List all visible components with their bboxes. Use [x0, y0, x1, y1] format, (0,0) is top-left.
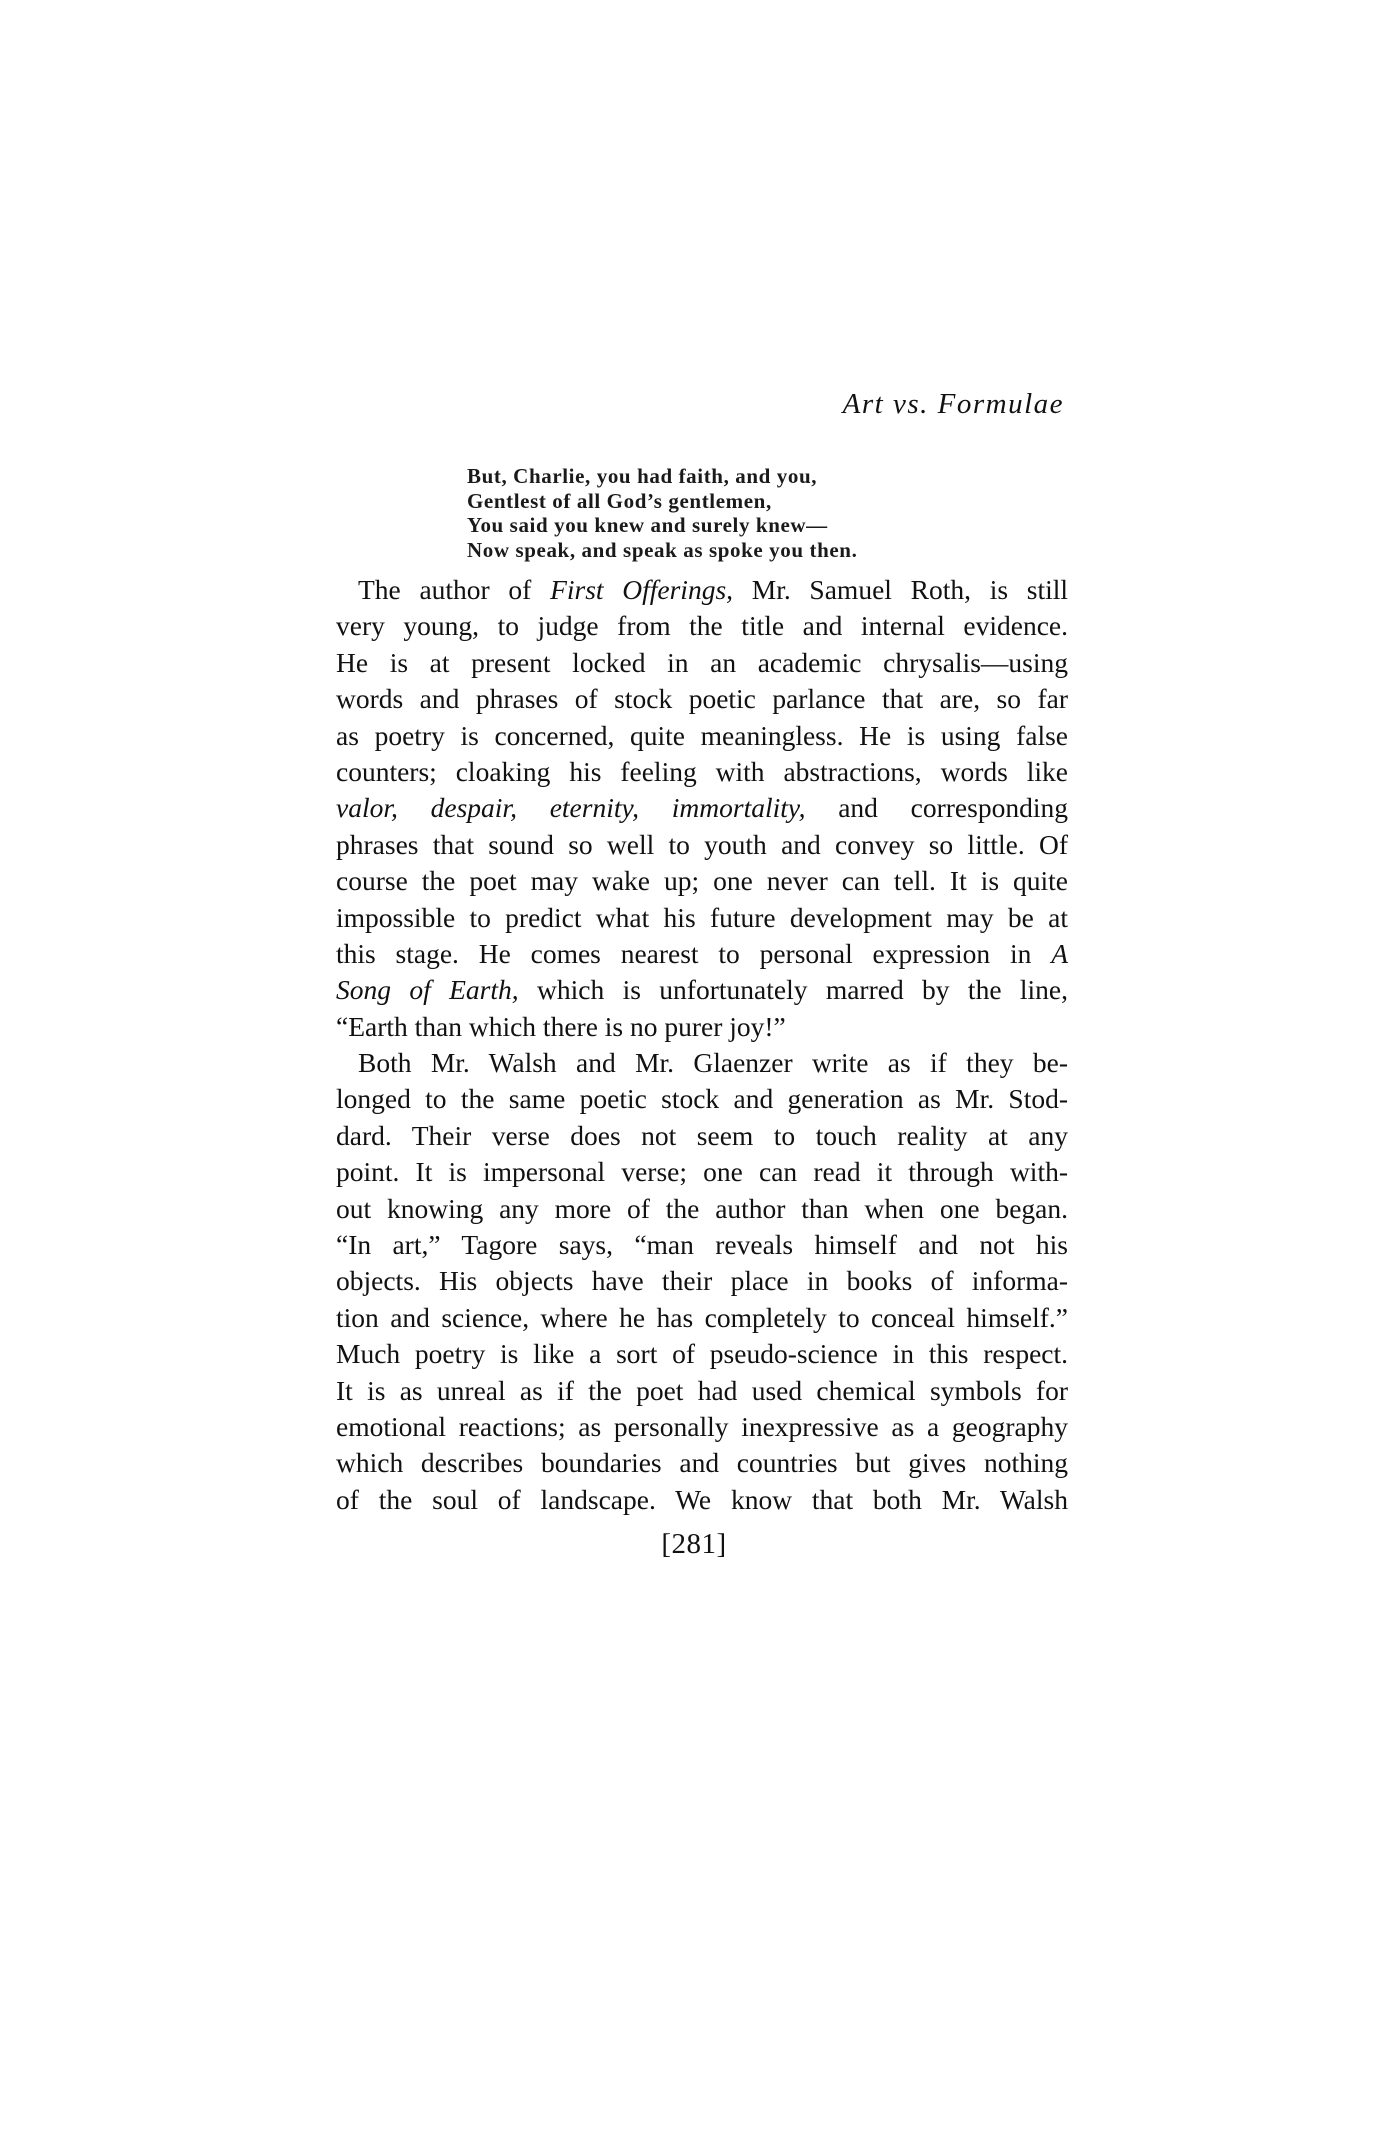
page-number-text: [281]: [661, 1528, 726, 1560]
text-segment: The author of: [358, 574, 550, 605]
text-line: which describes boundaries and countries…: [336, 1445, 1068, 1481]
italic-words: valor, despair, eternity, immortality,: [336, 792, 805, 823]
verse-line: You said you knew and surely knew—: [467, 513, 857, 538]
text-line: course the poet may wake up; one never c…: [336, 863, 1068, 899]
text-line: counters; cloaking his feeling with abst…: [336, 754, 1068, 790]
text-line: this stage. He comes nearest to personal…: [336, 936, 1068, 972]
running-head: Art vs. Formulae: [843, 386, 1064, 422]
text-line: He is at present locked in an academic c…: [336, 645, 1068, 681]
text-line: Much poetry is like a sort of pseudo-sci…: [336, 1336, 1068, 1372]
text-line: phrases that sound so well to youth and …: [336, 827, 1068, 863]
text-line: “Earth than which there is no purer joy!…: [336, 1009, 1068, 1045]
verse-line: But, Charlie, you had faith, and you,: [467, 464, 857, 489]
text-segment: Mr. Samuel Roth, is still: [733, 574, 1068, 605]
verse-line: Gentlest of all God’s gentlemen,: [467, 489, 857, 514]
page-number: [281]: [0, 1526, 1400, 1562]
text-line: point. It is impersonal verse; one can r…: [336, 1154, 1068, 1190]
text-line: words and phrases of stock poetic parlan…: [336, 681, 1068, 717]
text-line: emotional reactions; as personally inexp…: [336, 1409, 1068, 1445]
poem-title-italic: Song of Earth,: [336, 974, 519, 1005]
body-text: The author of First Offerings, Mr. Samue…: [336, 572, 1068, 1518]
text-line: objects. His objects have their place in…: [336, 1263, 1068, 1299]
text-line: Song of Earth, which is unfortunately ma…: [336, 972, 1068, 1008]
text-line: longed to the same poetic stock and gene…: [336, 1081, 1068, 1117]
text-line: tion and science, where he has completel…: [336, 1300, 1068, 1336]
text-line: The author of First Offerings, Mr. Samue…: [336, 572, 1068, 608]
text-line: Both Mr. Walsh and Mr. Glaenzer write as…: [336, 1045, 1068, 1081]
text-line: dard. Their verse does not seem to touch…: [336, 1118, 1068, 1154]
text-line: It is as unreal as if the poet had used …: [336, 1373, 1068, 1409]
text-line: impossible to predict what his future de…: [336, 900, 1068, 936]
text-segment: this stage. He comes nearest to personal…: [336, 938, 1051, 969]
text-line: as poetry is concerned, quite meaningles…: [336, 718, 1068, 754]
text-segment: and corresponding: [805, 792, 1068, 823]
text-segment: which is unfortunately marred by the lin…: [519, 974, 1068, 1005]
verse-line: Now speak, and speak as spoke you then.: [467, 538, 857, 563]
text-line: out knowing any more of the author than …: [336, 1191, 1068, 1227]
book-page: Art vs. Formulae But, Charlie, you had f…: [0, 0, 1400, 2154]
text-line: valor, despair, eternity, immortality, a…: [336, 790, 1068, 826]
book-title-italic: First Offerings,: [550, 574, 733, 605]
verse-quotation: But, Charlie, you had faith, and you, Ge…: [467, 464, 857, 562]
text-line: of the soul of landscape. We know that b…: [336, 1482, 1068, 1518]
text-line: “In art,” Tagore says, “man reveals hims…: [336, 1227, 1068, 1263]
text-line: very young, to judge from the title and …: [336, 608, 1068, 644]
poem-title-italic: A: [1051, 938, 1068, 969]
